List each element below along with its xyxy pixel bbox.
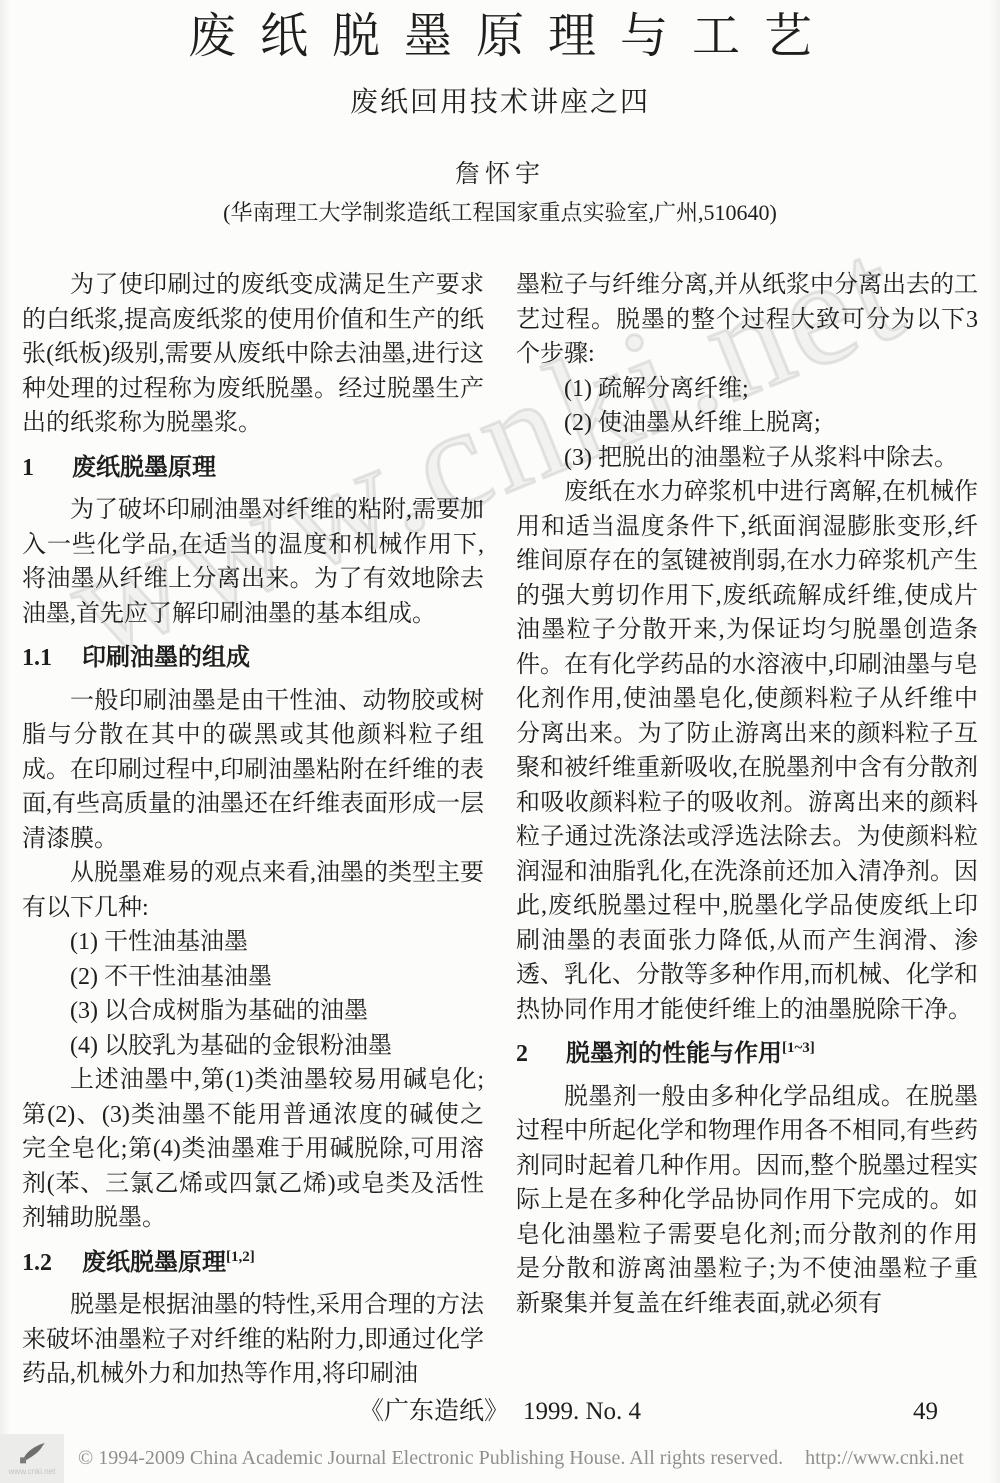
section-number: 2: [516, 1041, 528, 1067]
section-heading-1-1: 1.1印刷油墨的组成: [22, 641, 484, 676]
article-subtitle: 废纸回用技术讲座之四: [0, 86, 1000, 120]
paragraph-adhesion: 为了破坏印刷油墨对纤维的粘附,需要加入一些化学品,在适当的温度和机械作用下,将油…: [22, 493, 484, 631]
section-title: 废纸脱墨原理: [82, 1250, 226, 1276]
list-item: (3) 以合成树脂为基础的油墨: [22, 994, 484, 1029]
section-heading-1-2: 1.2废纸脱墨原理[1,2]: [22, 1246, 484, 1281]
section-title: 印刷油墨的组成: [82, 645, 250, 671]
citation-ref: [1~3]: [782, 1040, 815, 1056]
list-item: (2) 使油墨从纤维上脱离;: [516, 406, 978, 441]
right-column: 墨粒子与纤维分离,并从纸浆中分离出去的工艺过程。脱墨的整个过程大致可分为以下3 …: [516, 268, 978, 1394]
cnki-url: http://www.cnki.net: [805, 1447, 964, 1469]
copyright-bar: www.cnki.net © 1994-2009 China Academic …: [0, 1434, 1000, 1483]
article-title: 废纸脱墨原理与工艺: [0, 0, 1000, 64]
section-number: 1: [22, 455, 34, 481]
paragraph-pulping: 废纸在水力碎浆机中进行离解,在机械作用和适当温度条件下,纸面润湿膨胀变形,纤维间…: [516, 475, 978, 1027]
article-body: 为了使印刷过的废纸变成满足生产要求的白纸浆,提高废纸浆的使用价值和生产的纸张(纸…: [0, 268, 1000, 1394]
section-title: 脱墨剂的性能与作用: [566, 1041, 782, 1067]
journal-footer: 《广东造纸》1999. No. 4 49: [0, 1396, 1000, 1428]
list-item: (1) 干性油基油墨: [22, 925, 484, 960]
section-heading-2: 2脱墨剂的性能与作用[1~3]: [516, 1037, 978, 1072]
journal-name: 《广东造纸》: [359, 1398, 509, 1425]
list-item: (4) 以胶乳为基础的金银粉油墨: [22, 1029, 484, 1064]
paragraph-continuation: 墨粒子与纤维分离,并从纸浆中分离出去的工艺过程。脱墨的整个过程大致可分为以下3 …: [516, 268, 978, 372]
paragraph-saponification: 上述油墨中,第(1)类油墨较易用碱皂化;第(2)、(3)类油墨不能用普通浓度的碱…: [22, 1063, 484, 1236]
copyright-statement: © 1994-2009 China Academic Journal Elect…: [78, 1447, 783, 1469]
author-affiliation: (华南理工大学制浆造纸工程国家重点实验室,广州,510640): [0, 200, 1000, 226]
cnki-swoosh-icon: [15, 1441, 49, 1467]
paragraph-intro: 为了使印刷过的废纸变成满足生产要求的白纸浆,提高废纸浆的使用价值和生产的纸张(纸…: [22, 268, 484, 441]
cnki-logo-url: www.cnki.net: [9, 1467, 56, 1476]
section-number: 1.1: [22, 645, 52, 671]
scanned-article-page: www.cnki.net 废纸脱墨原理与工艺 废纸回用技术讲座之四 詹怀宇 (华…: [0, 0, 1000, 1483]
section-heading-1: 1废纸脱墨原理: [22, 451, 484, 486]
article-header: 废纸脱墨原理与工艺 废纸回用技术讲座之四 詹怀宇 (华南理工大学制浆造纸工程国家…: [0, 0, 1000, 226]
section-title: 废纸脱墨原理: [72, 455, 216, 481]
paragraph-ink-composition: 一般印刷油墨是由干性油、动物胶或树脂与分散在其中的碳黑或其他颜料粒子组成。在印刷…: [22, 684, 484, 857]
copyright-text: © 1994-2009 China Academic Journal Elect…: [78, 1447, 964, 1470]
journal-issue: 1999. No. 4: [523, 1398, 641, 1425]
page-number: 49: [913, 1396, 938, 1428]
paragraph-deinking-agents: 脱墨剂一般由多种化学品组成。在脱墨过程中所起化学和物理作用各不相同,有些药剂同时…: [516, 1080, 978, 1322]
section-number: 1.2: [22, 1250, 52, 1276]
citation-ref: [1,2]: [226, 1249, 255, 1265]
paragraph-deink-method: 脱墨是根据油墨的特性,采用合理的方法来破坏油墨粒子对纤维的粘附力,即通过化学药品…: [22, 1288, 484, 1392]
list-item: (3) 把脱出的油墨粒子从浆料中除去。: [516, 441, 978, 476]
author-name: 詹怀宇: [0, 160, 1000, 190]
cnki-logo: www.cnki.net: [0, 1434, 64, 1483]
list-item: (1) 疏解分离纤维;: [516, 372, 978, 407]
paragraph-ink-types-intro: 从脱墨难易的观点来看,油墨的类型主要有以下几种:: [22, 856, 484, 925]
left-column: 为了使印刷过的废纸变成满足生产要求的白纸浆,提高废纸浆的使用价值和生产的纸张(纸…: [22, 268, 484, 1394]
list-item: (2) 不干性油基油墨: [22, 960, 484, 995]
